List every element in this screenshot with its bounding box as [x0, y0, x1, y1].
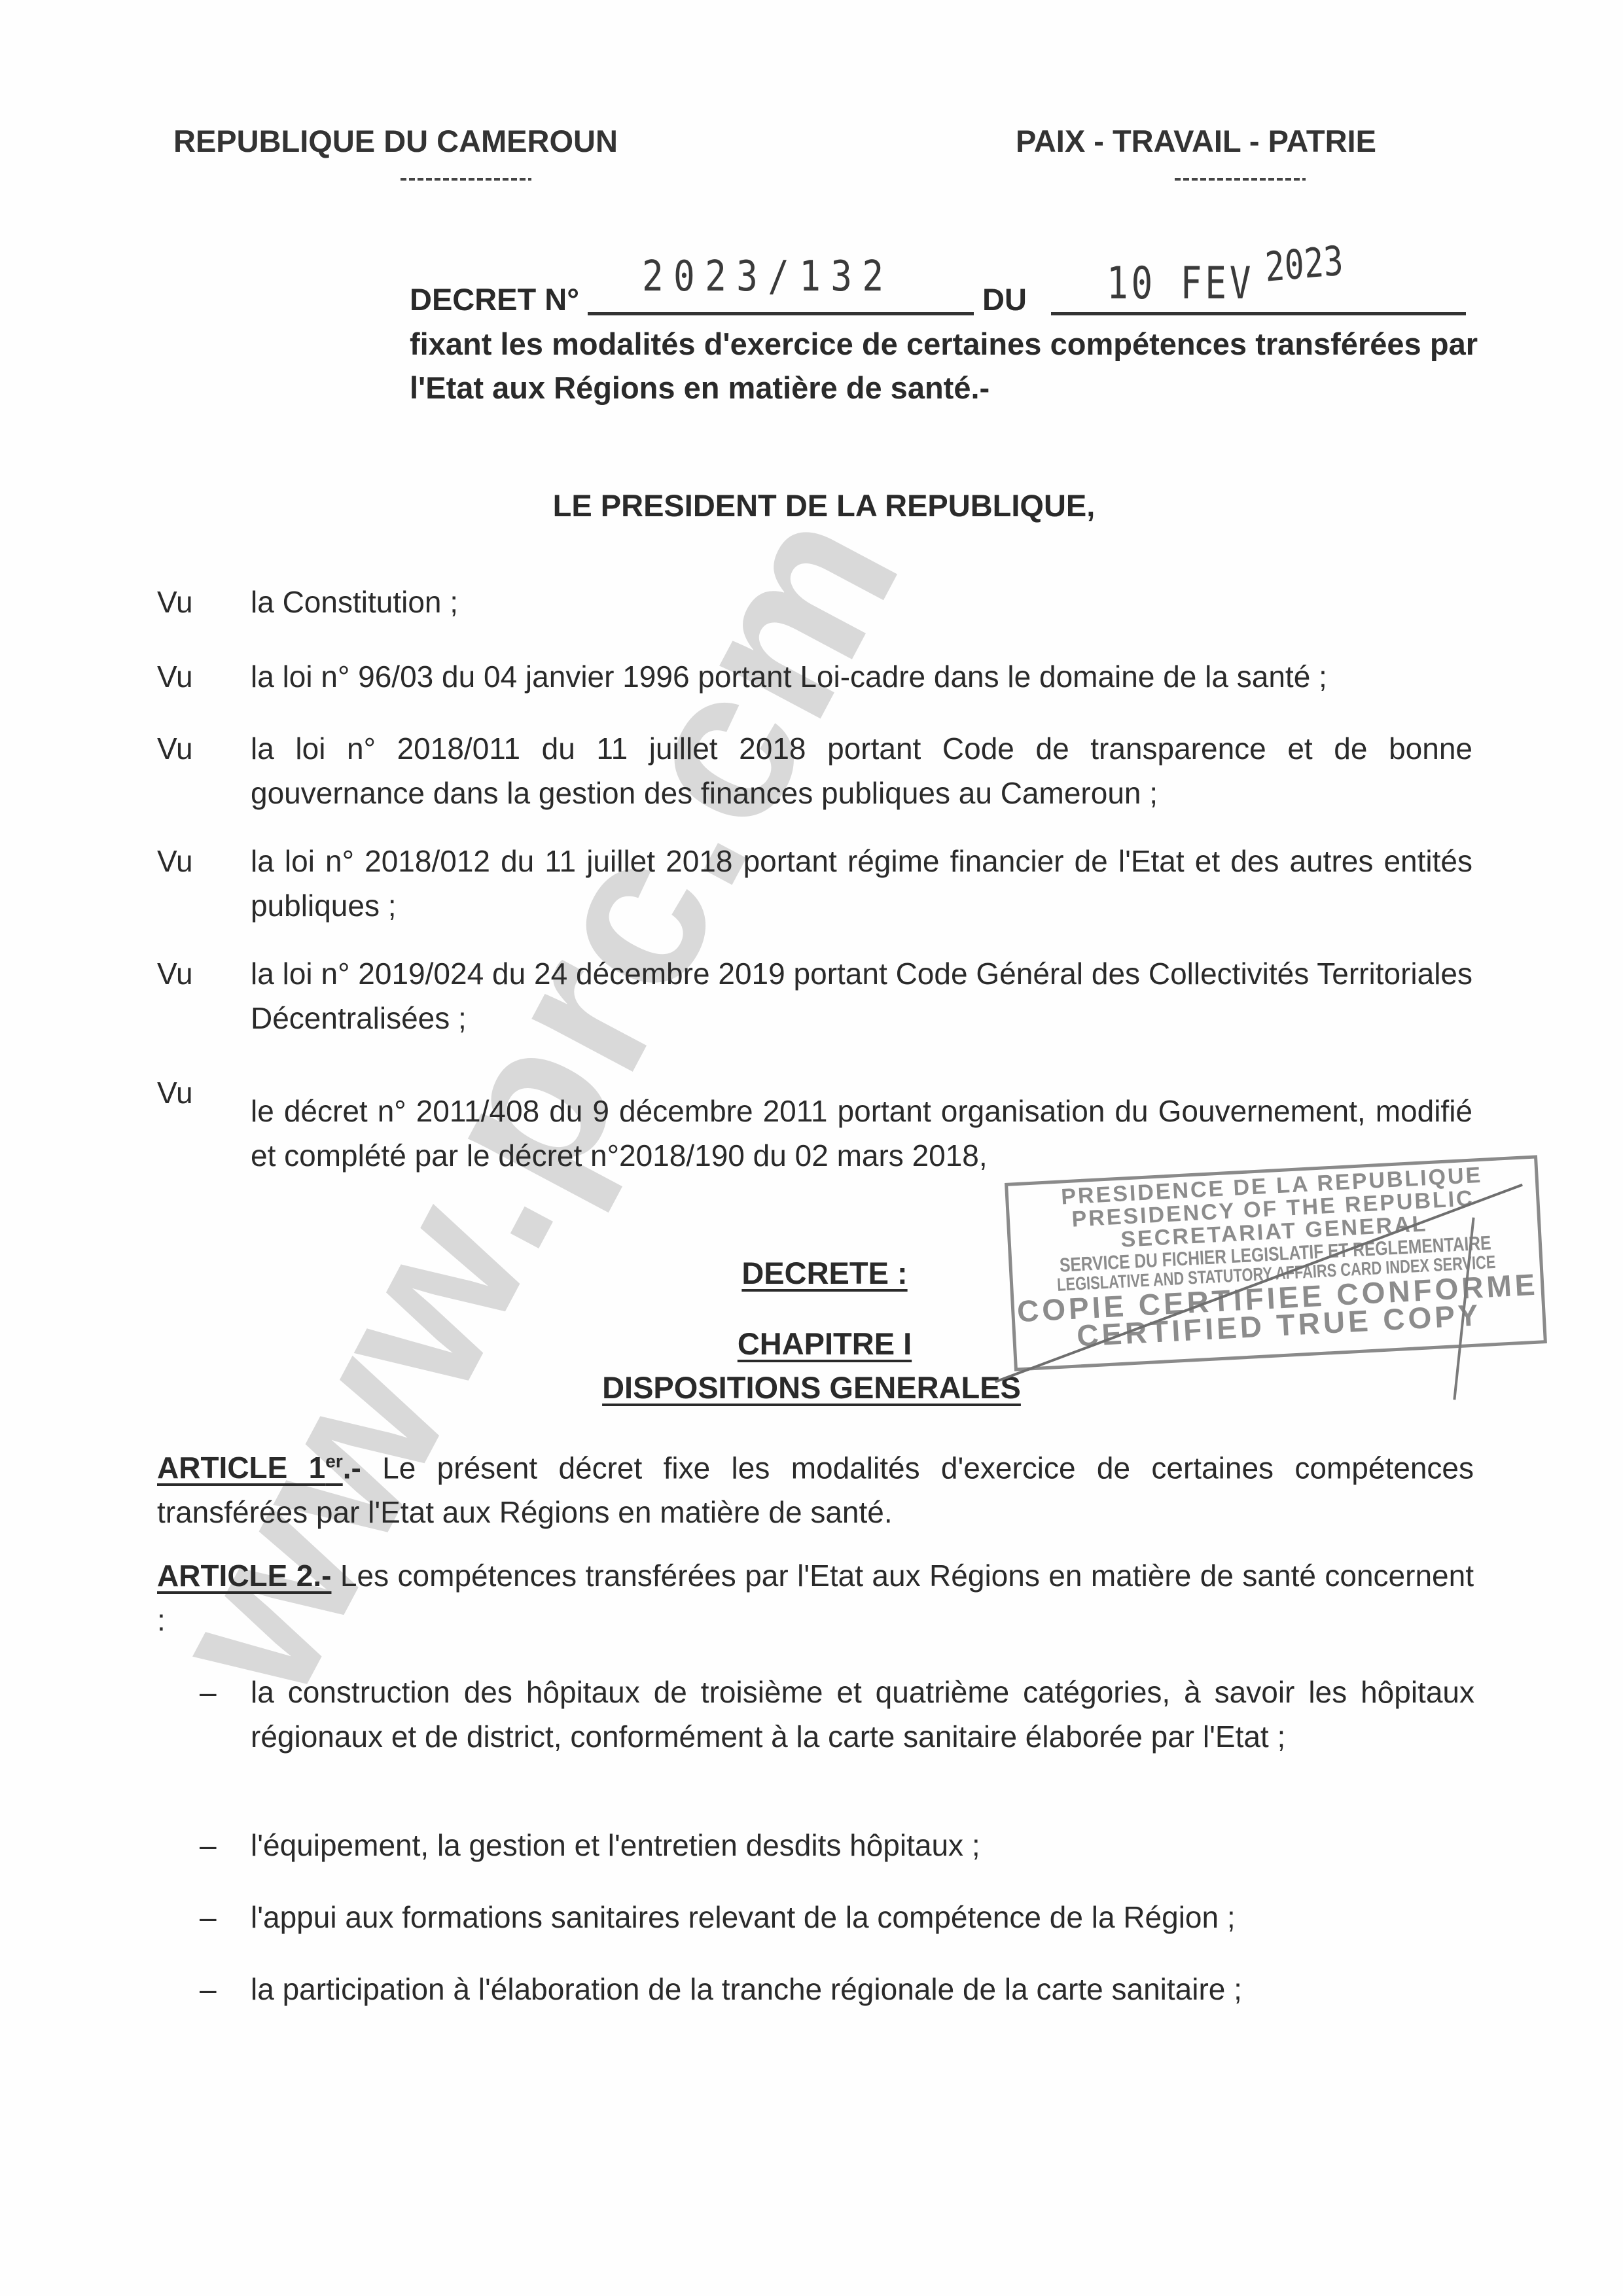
- chapter-title: CHAPITRE I: [0, 1326, 1623, 1362]
- document-content: REPUBLIQUE DU CAMEROUN PAIX - TRAVAIL - …: [0, 0, 1623, 2296]
- article-label-text: ARTICLE 1: [157, 1451, 325, 1485]
- article-label-sup: er: [325, 1451, 342, 1472]
- vu-text: la loi n° 2018/011 du 11 juillet 2018 po…: [251, 726, 1472, 815]
- header-country: REPUBLIQUE DU CAMEROUN: [173, 123, 618, 159]
- chapter-subtitle: DISPOSITIONS GENERALES: [0, 1369, 1623, 1405]
- vu-label: Vu: [157, 580, 193, 624]
- header-divider-left: [401, 178, 531, 181]
- decree-number-underline: [588, 312, 974, 315]
- article-label: ARTICLE 1er: [157, 1451, 343, 1485]
- chapter-subtitle-text: DISPOSITIONS GENERALES: [602, 1370, 1021, 1405]
- list-item-text: la construction des hôpitaux de troisièm…: [251, 1670, 1474, 1759]
- list-item-text: la participation à l'élaboration de la t…: [251, 1967, 1474, 2011]
- vu-label: Vu: [157, 951, 193, 996]
- vu-text: la loi n° 96/03 du 04 janvier 1996 porta…: [251, 654, 1472, 699]
- president-heading: LE PRESIDENT DE LA REPUBLIQUE,: [0, 487, 1623, 523]
- document-page: www.prc.cm REPUBLIQUE DU CAMEROUN PAIX -…: [0, 0, 1623, 2296]
- bullet-dash: –: [200, 1895, 217, 1939]
- header-motto: PAIX - TRAVAIL - PATRIE: [1016, 123, 1376, 159]
- decree-number: 2023/132: [642, 253, 893, 301]
- article-label: ARTICLE 2.-: [157, 1559, 331, 1593]
- decree-du-label: DU: [982, 281, 1027, 317]
- decrete-heading-text: DECRETE :: [741, 1256, 907, 1290]
- vu-label: Vu: [157, 726, 193, 771]
- vu-text: le décret n° 2011/408 du 9 décembre 2011…: [251, 1089, 1472, 1178]
- list-item-text: l'équipement, la gestion et l'entretien …: [251, 1823, 1474, 1867]
- decree-title: fixant les modalités d'exercice de certa…: [410, 322, 1478, 410]
- bullet-dash: –: [200, 1823, 217, 1867]
- decree-date-underline: [1051, 312, 1466, 315]
- article-label-suffix: .-: [343, 1451, 361, 1485]
- article-2: ARTICLE 2.- Les compétences transférées …: [157, 1553, 1474, 1642]
- vu-text: la loi n° 2018/012 du 11 juillet 2018 po…: [251, 839, 1472, 928]
- article-1: ARTICLE 1er.- Le présent décret fixe les…: [157, 1439, 1474, 1534]
- decrete-heading: DECRETE :: [0, 1255, 1623, 1291]
- header-divider-right: [1175, 178, 1306, 181]
- decree-number-line: DECRET N° 2023/132 DU 10 FEV 2023: [410, 275, 1466, 321]
- article-text: Les compétences transférées par l'Etat a…: [157, 1559, 1474, 1637]
- decree-year: 2023: [1264, 237, 1344, 291]
- bullet-dash: –: [200, 1670, 217, 1714]
- decree-label: DECRET N°: [410, 281, 579, 317]
- bullet-dash: –: [200, 1967, 217, 2011]
- vu-text: la loi n° 2019/024 du 24 décembre 2019 p…: [251, 951, 1472, 1040]
- vu-label: Vu: [157, 654, 193, 699]
- list-item-text: l'appui aux formations sanitaires releva…: [251, 1895, 1474, 1939]
- vu-text: la Constitution ;: [251, 580, 1472, 624]
- chapter-title-text: CHAPITRE I: [738, 1326, 912, 1361]
- decree-date: 10 FEV: [1107, 258, 1254, 309]
- vu-label: Vu: [157, 839, 193, 883]
- vu-label: Vu: [157, 1070, 193, 1115]
